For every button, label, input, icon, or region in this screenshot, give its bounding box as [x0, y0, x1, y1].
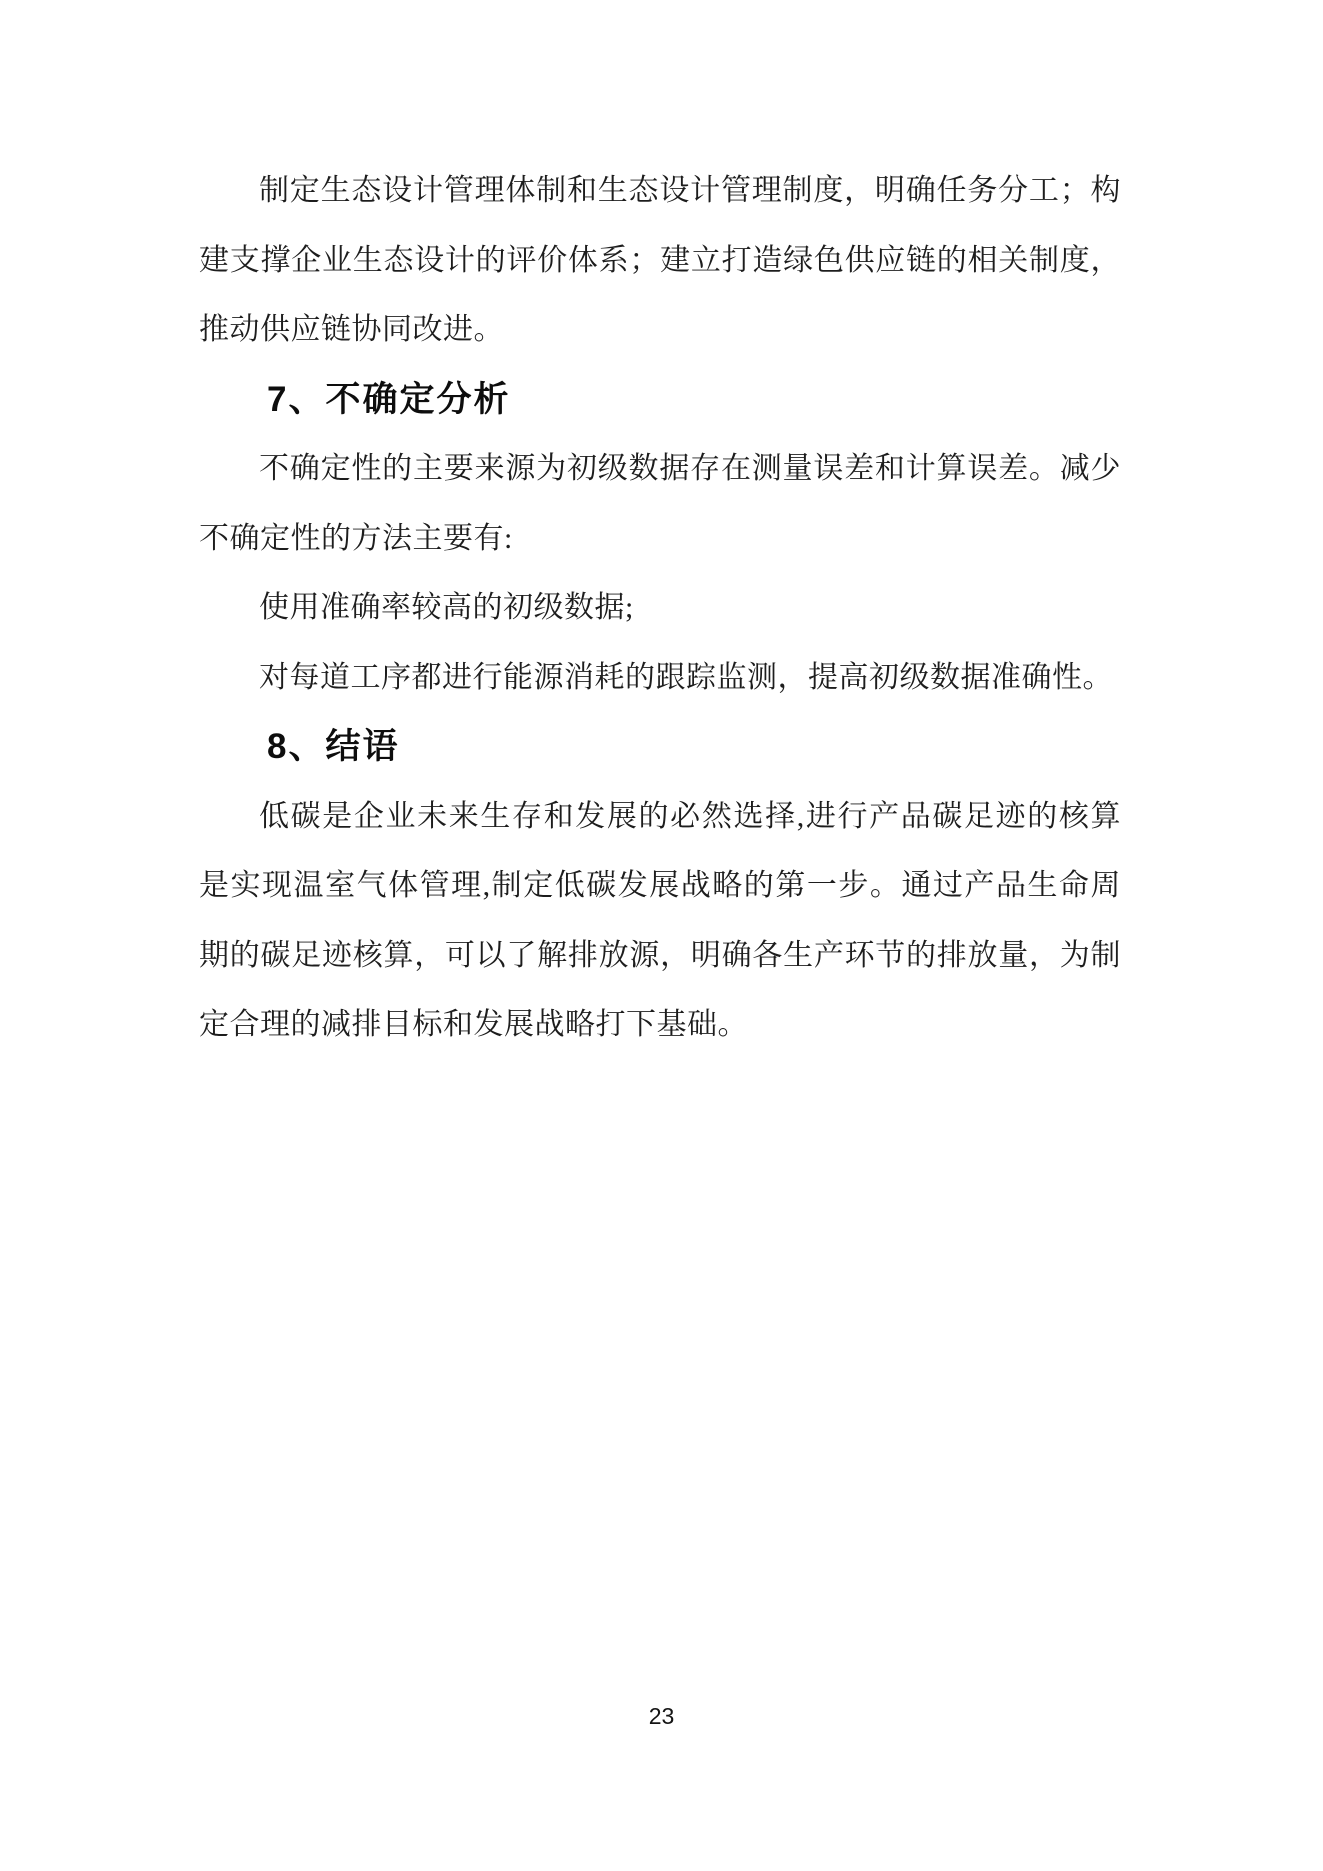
text-line: 不确定性的主要来源为初级数据存在测量误差和计算误差。减少: [199, 434, 1121, 504]
text-line: 使用准确率较高的初级数据;: [199, 573, 1121, 643]
text-line: 期的碳足迹核算，可以了解排放源，明确各生产环节的排放量，为制: [199, 921, 1121, 991]
text-line: 推动供应链协同改进。: [199, 295, 1121, 365]
text-line: 不确定性的方法主要有:: [199, 504, 1121, 574]
page-number: 23: [0, 1703, 1323, 1730]
section-heading: 7、不确定分析: [199, 365, 1121, 435]
text-line: 制定生态设计管理体制和生态设计管理制度，明确任务分工；构: [199, 156, 1121, 226]
paragraph: 使用准确率较高的初级数据;: [199, 573, 1121, 643]
document-page: 制定生态设计管理体制和生态设计管理制度，明确任务分工；构建支撑企业生态设计的评价…: [0, 0, 1323, 1871]
text-line: 定合理的减排目标和发展战略打下基础。: [199, 990, 1121, 1060]
text-line: 低碳是企业未来生存和发展的必然选择,进行产品碳足迹的核算: [199, 782, 1121, 852]
text-line: 对每道工序都进行能源消耗的跟踪监测，提高初级数据准确性。: [199, 643, 1121, 713]
section-heading: 8、结语: [199, 712, 1121, 782]
paragraph: 制定生态设计管理体制和生态设计管理制度，明确任务分工；构建支撑企业生态设计的评价…: [199, 156, 1121, 365]
paragraph: 低碳是企业未来生存和发展的必然选择,进行产品碳足迹的核算是实现温室气体管理,制定…: [199, 782, 1121, 1060]
text-line: 建支撑企业生态设计的评价体系；建立打造绿色供应链的相关制度，: [199, 226, 1121, 296]
text-line: 是实现温室气体管理,制定低碳发展战略的第一步。通过产品生命周: [199, 851, 1121, 921]
page-content: 制定生态设计管理体制和生态设计管理制度，明确任务分工；构建支撑企业生态设计的评价…: [199, 156, 1121, 1060]
paragraph: 不确定性的主要来源为初级数据存在测量误差和计算误差。减少不确定性的方法主要有:: [199, 434, 1121, 573]
paragraph: 对每道工序都进行能源消耗的跟踪监测，提高初级数据准确性。: [199, 643, 1121, 713]
